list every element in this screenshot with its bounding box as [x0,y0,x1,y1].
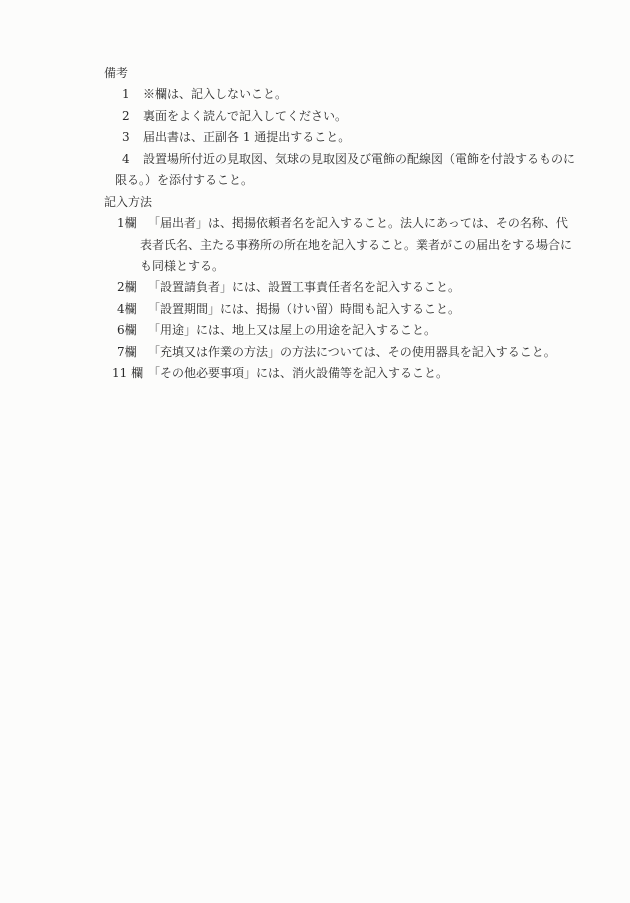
remark-item-1-text: ※欄は、記入しないこと。 [143,87,287,101]
document-content: 備考 1※欄は、記入しないこと。 2裏面をよく読んで記入してください。 3届出書… [0,0,630,385]
instruction-item-col1: 1欄「届出者」は、掲揚依頼者名を記入すること。法人にあっては、その名称、代 [0,213,630,234]
instruction-item-col4: 4欄「設置期間」には、掲揚（けい留）時間も記入すること。 [0,299,630,320]
instruction-item-col7-text: 「充填又は作業の方法」の方法については、その使用器具を記入すること。 [148,345,556,359]
instruction-item-col11-text: 「その他必要事項」には、消火設備等を記入すること。 [148,366,448,380]
remark-item-4-number: 4 [122,149,143,170]
instruction-item-col1-text-line1: 「届出者」は、掲揚依頼者名を記入すること。法人にあっては、その名称、代 [148,216,568,230]
remark-item-3-number: 3 [122,127,143,148]
instruction-item-col6: 6欄「用途」には、地上又は屋上の用途を記入すること。 [0,320,630,341]
instruction-item-col2-text: 「設置請負者」には、設置工事責任者名を記入すること。 [148,280,460,294]
remark-item-1: 1※欄は、記入しないこと。 [0,84,630,105]
instruction-item-col4-text: 「設置期間」には、掲揚（けい留）時間も記入すること。 [148,302,460,316]
remark-item-2: 2裏面をよく読んで記入してください。 [0,106,630,127]
instruction-item-col2-label: 2欄 [117,277,148,298]
instruction-item-col1-text-line2: 表者氏名、主たる事務所の所在地を記入すること。業者がこの届出をする場合に [0,235,630,256]
instruction-item-col6-text: 「用途」には、地上又は屋上の用途を記入すること。 [148,323,436,337]
remarks-heading: 備考 [0,63,630,84]
remark-item-4-text-line2: 限る。）を添付すること。 [0,170,630,191]
remark-item-2-text: 裏面をよく読んで記入してください。 [143,109,347,123]
instructions-heading: 記入方法 [0,192,630,213]
remark-item-4-text-line1: 設置場所付近の見取図、気球の見取図及び電飾の配線図（電飾を付設するものに [143,152,575,166]
instruction-item-col1-label: 1欄 [117,213,148,234]
instruction-item-col7: 7欄「充填又は作業の方法」の方法については、その使用器具を記入すること。 [0,342,630,363]
remark-item-4: 4設置場所付近の見取図、気球の見取図及び電飾の配線図（電飾を付設するものに [0,149,630,170]
instruction-item-col1-text-line3: も同様とする。 [0,256,630,277]
instruction-item-col11-label: 11 欄 [112,363,148,384]
instruction-item-col7-label: 7欄 [117,342,148,363]
remark-item-3-text: 届出書は、正副各 1 通提出すること。 [143,130,350,144]
instruction-item-col4-label: 4欄 [117,299,148,320]
instruction-item-col6-label: 6欄 [117,320,148,341]
instruction-item-col2: 2欄「設置請負者」には、設置工事責任者名を記入すること。 [0,277,630,298]
remark-item-3: 3届出書は、正副各 1 通提出すること。 [0,127,630,148]
remark-item-2-number: 2 [122,106,143,127]
instruction-item-col11: 11 欄「その他必要事項」には、消火設備等を記入すること。 [0,363,630,384]
document-page: 備考 1※欄は、記入しないこと。 2裏面をよく読んで記入してください。 3届出書… [0,0,630,903]
remark-item-1-number: 1 [122,84,143,105]
